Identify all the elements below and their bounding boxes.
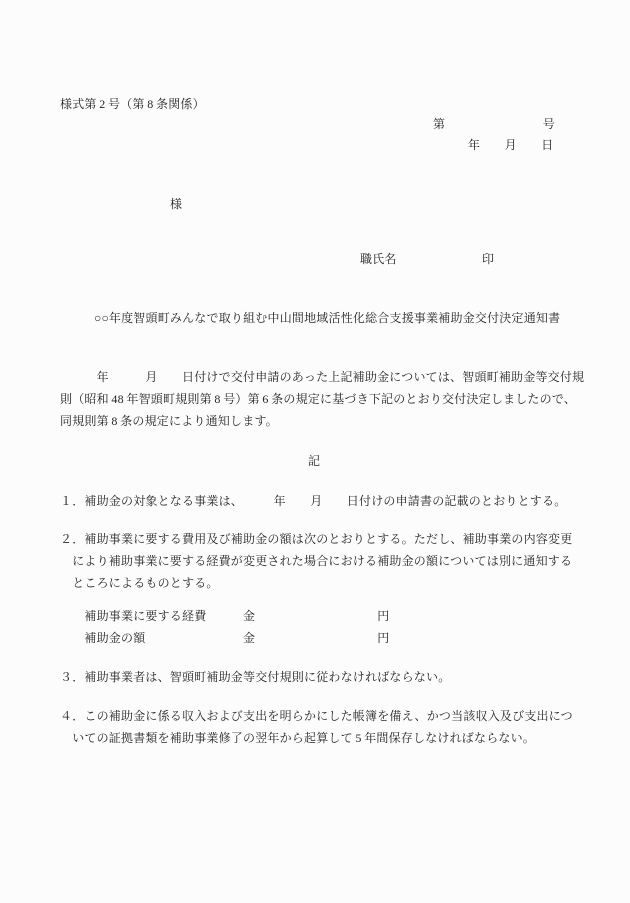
addressee-honorific: 様 — [170, 197, 182, 212]
signer-seal-line: 職氏名 印 — [360, 252, 494, 267]
item-3: ３．補助事業者は、智頭町補助金等交付規則に従わなければならない。 — [60, 670, 450, 685]
amount-line-project-cost: 補助事業に要する経費 金 円 — [60, 609, 389, 624]
document-page: 様式第 2 号（第 8 条関係） 第 号 年 月 日 様 職氏名 印 ○○年度智… — [0, 0, 630, 903]
form-number-label: 様式第 2 号（第 8 条関係） — [60, 97, 205, 112]
item-1: １．補助金の対象となる事業は、 年 月 日付けの申請書の記載のとおりとする。 — [60, 494, 566, 509]
issue-date-line: 年 月 日 — [468, 138, 553, 153]
item-4-line-1: ４．この補助金に係る収入および支出を明らかにした帳簿を備え、かつ当該収入及び支出… — [60, 709, 573, 724]
item-2-line-1: ２．補助事業に要する費用及び補助金の額は次のとおりとする。ただし、補助事業の内容… — [60, 532, 572, 547]
document-number-line: 第 号 — [433, 117, 555, 132]
item-2-line-3: ところによるものとする。 — [60, 576, 219, 591]
body-paragraph-line-1: 年 月 日付けで交付申請のあった上記補助金については、智頭町補助金等交付規 — [60, 370, 584, 385]
body-paragraph-line-3: 同規則第 8 条の規定により通知します。 — [60, 414, 278, 429]
item-4-line-2: いての証拠書類を補助事業修了の翌年から起算して 5 年間保存しなければならない。 — [60, 731, 535, 746]
document-title: ○○年度智頭町みんなで取り組む中山間地域活性化総合支援事業補助金交付決定通知書 — [94, 311, 560, 326]
body-paragraph-line-2: 則（昭和 48 年智頭町規則第 8 号）第 6 条の規定に基づき下記のとおり交付… — [60, 392, 576, 407]
ki-heading: 記 — [308, 454, 320, 469]
amount-line-subsidy: 補助金の額 金 円 — [60, 631, 389, 646]
item-2-line-2: により補助事業に要する経費が変更された場合における補助金の額については別に通知す… — [60, 554, 572, 569]
